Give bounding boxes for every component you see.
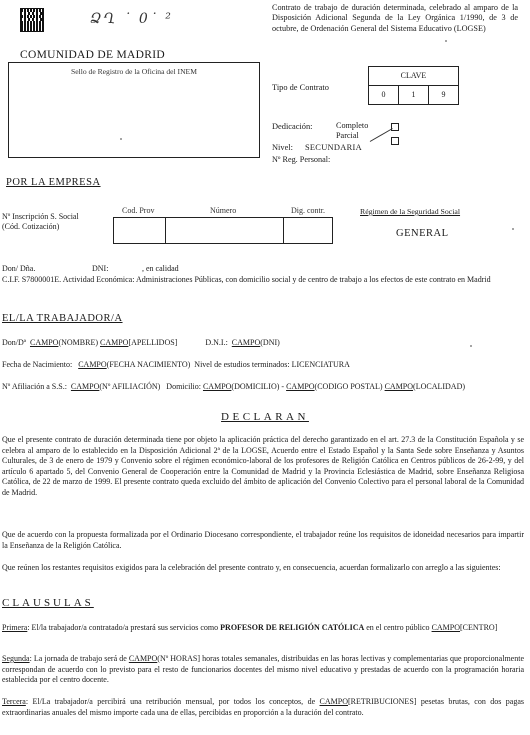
horas-field[interactable]: CAMPO: [129, 654, 157, 663]
declaran-paragraph-1: Que el presente contrato de duración det…: [2, 435, 524, 498]
trabajador-section-title: EL/LA TRABAJADOR/A: [2, 312, 123, 326]
nivel-row: Nivel:SECUNDARIA: [272, 143, 362, 154]
clave-digit: 1: [399, 86, 429, 105]
horas-token: (Nº HORAS]: [157, 654, 200, 663]
nivel-label: Nivel:: [272, 143, 293, 152]
localidad-field[interactable]: CAMPO: [385, 382, 413, 391]
declaran-paragraph-2: Que de acuerdo con la propuesta formaliz…: [2, 530, 524, 551]
clausula-tercera: Tercera: El/La trabajador/a percibirá un…: [2, 697, 524, 718]
numero-field[interactable]: [166, 218, 284, 243]
domicilio-field[interactable]: CAMPO: [203, 382, 231, 391]
tercera-label: Tercera: [2, 697, 26, 706]
column-numero: Número: [210, 206, 236, 216]
parcial-checkbox[interactable]: [391, 137, 399, 145]
trabajador-name-row: Don/Dª CAMPO(NOMBRE) CAMPO[APELLIDOS] D.…: [2, 338, 522, 348]
primera-label: Primera: [2, 623, 27, 632]
tercera-text: : El/La trabajador/a percibirá una retri…: [26, 697, 320, 706]
nacimiento-token: (FECHA NACIMIENTO): [107, 360, 191, 369]
tipo-contrato-label: Tipo de Contrato: [272, 83, 329, 94]
nacimiento-field[interactable]: CAMPO: [78, 360, 106, 369]
nombre-field[interactable]: CAMPO: [30, 338, 58, 347]
trabajador-address-row: Nº Afiliación a S.S.: CAMPO(Nº AFILIACIÓ…: [2, 382, 522, 392]
segunda-label: Segunda: [2, 654, 30, 663]
clave-header: CLAVE: [369, 67, 459, 86]
cod-prov-field[interactable]: [114, 218, 166, 243]
checkmark-icon: [370, 128, 393, 142]
primera-role: PROFESOR DE RELIGIÓN CATÓLICA: [220, 623, 364, 632]
stamp-box-label: Sello de Registro de la Oficina del INEM: [9, 67, 259, 77]
cif-text: C.I.F. S7800001E. Actividad Económica: A…: [2, 275, 522, 285]
cp-token: (CODIGO POSTAL): [315, 382, 383, 391]
dni-token: (DNI): [260, 338, 280, 347]
inem-stamp-box: Sello de Registro de la Oficina del INEM: [8, 62, 260, 158]
localidad-token: (LOCALIDAD): [413, 382, 465, 391]
domicilio-token: (DOMICILIO): [231, 382, 279, 391]
retribuciones-field[interactable]: CAMPO: [320, 697, 348, 706]
comunidad-madrid-logo-icon: [20, 8, 44, 32]
calidad-text: , en calidad: [142, 264, 179, 274]
column-dig-contr: Dig. contr.: [291, 206, 325, 216]
declaran-paragraph-3: Que reúnen los restantes requisitos exig…: [2, 563, 524, 574]
empresa-section-title: POR LA EMPRESA: [6, 176, 101, 190]
scan-speck: [470, 345, 472, 347]
estudios-value: LICENCIATURA: [292, 360, 350, 369]
clave-table: CLAVE 0 1 9: [368, 66, 459, 105]
clave-digit: 0: [369, 86, 399, 105]
apellidos-token: [APELLIDOS]: [128, 338, 177, 347]
dig-contr-field[interactable]: [284, 218, 332, 243]
primera-text: : El/la trabajador/a contratado/a presta…: [27, 623, 220, 632]
domicilio-label: Domicilio:: [166, 382, 201, 391]
declaran-title: DECLARAN: [0, 410, 530, 424]
contract-description: Contrato de trabajo de duración determin…: [272, 3, 518, 34]
segunda-text: : La jornada de trabajo será de: [30, 654, 129, 663]
don-label: Don/ Dña.: [2, 264, 35, 273]
clave-digit: 9: [429, 86, 459, 105]
handwritten-note: ՁՂ ˙ 0˙ ²: [90, 10, 173, 28]
centro-field[interactable]: CAMPO: [432, 623, 460, 632]
dni-label: DNI:: [92, 264, 108, 274]
cp-field[interactable]: CAMPO: [286, 382, 314, 391]
clausulas-title: CLAUSULAS: [2, 596, 94, 610]
afiliacion-field[interactable]: CAMPO: [71, 382, 99, 391]
dni-field[interactable]: CAMPO: [232, 338, 260, 347]
estudios-label: Nivel de estudios terminados:: [194, 360, 289, 369]
apellidos-field[interactable]: CAMPO: [100, 338, 128, 347]
organization-name: COMUNIDAD DE MADRID: [20, 48, 165, 63]
inscripcion-label-line1: Nº Inscripción S. Social: [2, 212, 79, 222]
afiliacion-label: Nº Afiliación a S.S.:: [2, 382, 67, 391]
clausula-segunda: Segunda: La jornada de trabajo será de C…: [2, 654, 524, 686]
trabajador-birth-row: Fecha de Nacimiento: CAMPO(FECHA NACIMIE…: [2, 360, 522, 370]
dedicacion-label: Dedicación:: [272, 122, 312, 133]
regimen-value: GENERAL: [396, 227, 449, 241]
dni-label: D.N.I.:: [205, 338, 227, 347]
retribuciones-token: [RETRIBUCIONES]: [348, 697, 416, 706]
nombre-token: (NOMBRE): [58, 338, 98, 347]
clausula-primera: Primera: El/la trabajador/a contratado/a…: [2, 623, 524, 634]
empresa-representative-row: Don/ Dña. DNI: , en calidad: [2, 264, 522, 274]
scan-speck: [120, 138, 122, 140]
afiliacion-token: (Nº AFILIACIÓN): [99, 382, 160, 391]
centro-token: [CENTRO]: [460, 623, 497, 632]
dedicacion-parcial-label: Parcial: [336, 131, 359, 142]
cotizacion-code-box: [113, 217, 333, 244]
don-label: Don/Dª: [2, 338, 26, 347]
inscripcion-label: Nº Inscripción S. Social (Cód. Cotizació…: [2, 212, 79, 231]
nivel-value: SECUNDARIA: [305, 143, 362, 152]
scan-speck: [512, 228, 514, 230]
inscripcion-label-line2: (Cód. Cotización): [2, 222, 79, 232]
column-cod-prov: Cod. Prov: [122, 206, 154, 216]
regimen-label: Régimen de la Seguridad Social: [360, 207, 460, 217]
nreg-label: Nº Reg. Personal:: [272, 155, 330, 166]
scan-speck: [445, 40, 447, 42]
nacimiento-label: Fecha de Nacimiento:: [2, 360, 72, 369]
primera-text-2: en el centro público: [364, 623, 431, 632]
